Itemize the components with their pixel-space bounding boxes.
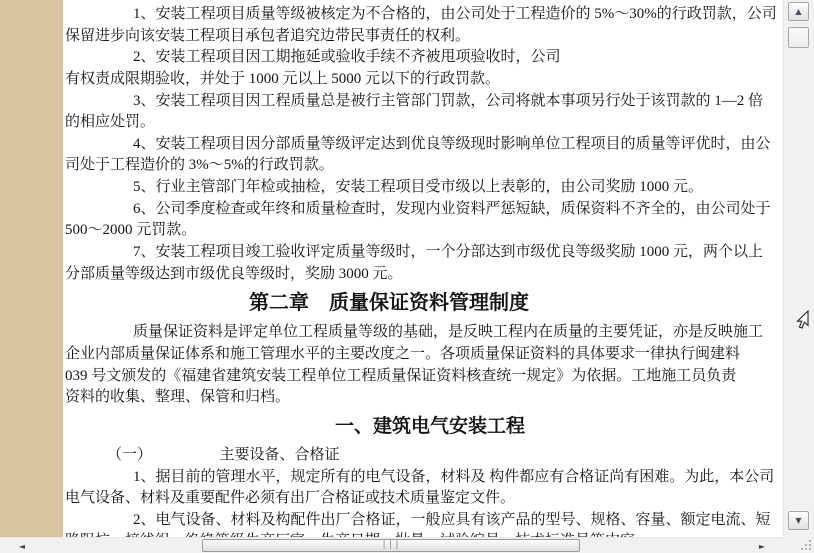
scroll-down-icon: ▼ <box>795 516 801 525</box>
doc-line: 企业内部质量保证体系和施工管理水平的主要改度之一。各项质量保证资料的具体要求一律… <box>65 344 781 366</box>
doc-line: 500～2000 元罚款。 <box>65 220 781 242</box>
doc-line: 6、公司季度检查或年终和质量检查时，发现内业资料严惩短缺，质保资料不齐全的，由公… <box>65 199 781 221</box>
scroll-up-icon: ▲ <box>795 7 801 16</box>
doc-line: 7、安装工程项目竣工验收评定质量等级时，一个分部达到市级优良等级奖励 1000 … <box>65 242 781 264</box>
doc-line: 4、安装工程项目因分部质量等级评定达到优良等级现时影响单位工程项目的质量等评优时… <box>65 134 781 156</box>
doc-line: 有权责成限期验收，并处于 1000 元以上 5000 元以下的行政罚款。 <box>65 69 781 91</box>
doc-line: 分部质量等级达到市级优良等级时，奖励 3000 元。 <box>65 264 781 286</box>
doc-line: 保留进步向该安装工程项目承包者追究边带民事责任的权利。 <box>65 26 781 48</box>
chapter-heading: 第二章 质量保证资料管理制度 <box>65 285 781 322</box>
doc-line: 3、安装工程项目因工程质量总是被行主管部门罚款，公司将就本事项另行处于该罚款的 … <box>65 91 781 113</box>
scrollbar-corner <box>783 537 814 553</box>
doc-line: 的相应处罚。 <box>65 112 781 134</box>
thumb-grip-icon: ||| <box>381 541 400 550</box>
section-heading: 一、建筑电气安装工程 <box>65 409 781 445</box>
doc-line: 2、电气设备、材料及构配件出厂合格证，一般应具有该产品的型号、规格、容量、额定电… <box>65 510 781 532</box>
scroll-left-button[interactable]: ◄ <box>12 540 32 552</box>
page-left-margin <box>0 0 63 537</box>
mouse-cursor-icon <box>796 310 810 330</box>
doc-line: 039 号文颁发的《福建省建筑安装工程单位工程质量保证资料核查统一规定》为依据。… <box>65 366 781 388</box>
scroll-down-button[interactable]: ▼ <box>788 511 809 530</box>
scroll-right-icon: ► <box>759 542 765 551</box>
horizontal-scroll-thumb[interactable]: ||| <box>202 539 580 552</box>
doc-line: （一） 主要设备、合格证 <box>65 445 781 467</box>
scroll-left-icon: ◄ <box>19 542 25 551</box>
doc-line: 1、安装工程项目质量等级被核定为不合格的，由公司处于工程造价的 5%～30%的行… <box>65 4 781 26</box>
horizontal-scrollbar[interactable]: ◄ ||| ► <box>0 537 783 553</box>
doc-line: 司处于工程造价的 3%～5%的行政罚款。 <box>65 155 781 177</box>
document-text: 1、安装工程项目质量等级被核定为不合格的，由公司处于工程造价的 5%～30%的行… <box>65 4 781 537</box>
resize-grip-icon[interactable] <box>799 538 812 551</box>
vertical-scrollbar[interactable]: ▲ ▼ <box>783 0 814 537</box>
document-page: 1、安装工程项目质量等级被核定为不合格的，由公司处于工程造价的 5%～30%的行… <box>63 0 783 537</box>
doc-line: 电气设备、材料及重要配件必须有出厂合格证或技术质量鉴定文件。 <box>65 488 781 510</box>
scroll-up-button[interactable]: ▲ <box>788 2 809 21</box>
doc-line: 2、安装工程项目因工期拖延或验收手续不齐被甩项验收时，公司 <box>65 47 781 69</box>
doc-line: 质量保证资料是评定单位工程质量等级的基础，是反映工程内在质量的主要凭证，亦是反映… <box>65 322 781 344</box>
vertical-scroll-thumb[interactable] <box>788 27 809 48</box>
doc-line: 1、据目前的管理水平，规定所有的电气设备，材料及 构件都应有合格证尚有困难。为此… <box>65 467 781 489</box>
doc-line: 资料的收集、整理、保管和归档。 <box>65 387 781 409</box>
scroll-right-button[interactable]: ► <box>752 540 772 552</box>
doc-line: 5、行业主管部门年检或抽检，安装工程项目受市级以上表彰的，由公司奖励 1000 … <box>65 177 781 199</box>
